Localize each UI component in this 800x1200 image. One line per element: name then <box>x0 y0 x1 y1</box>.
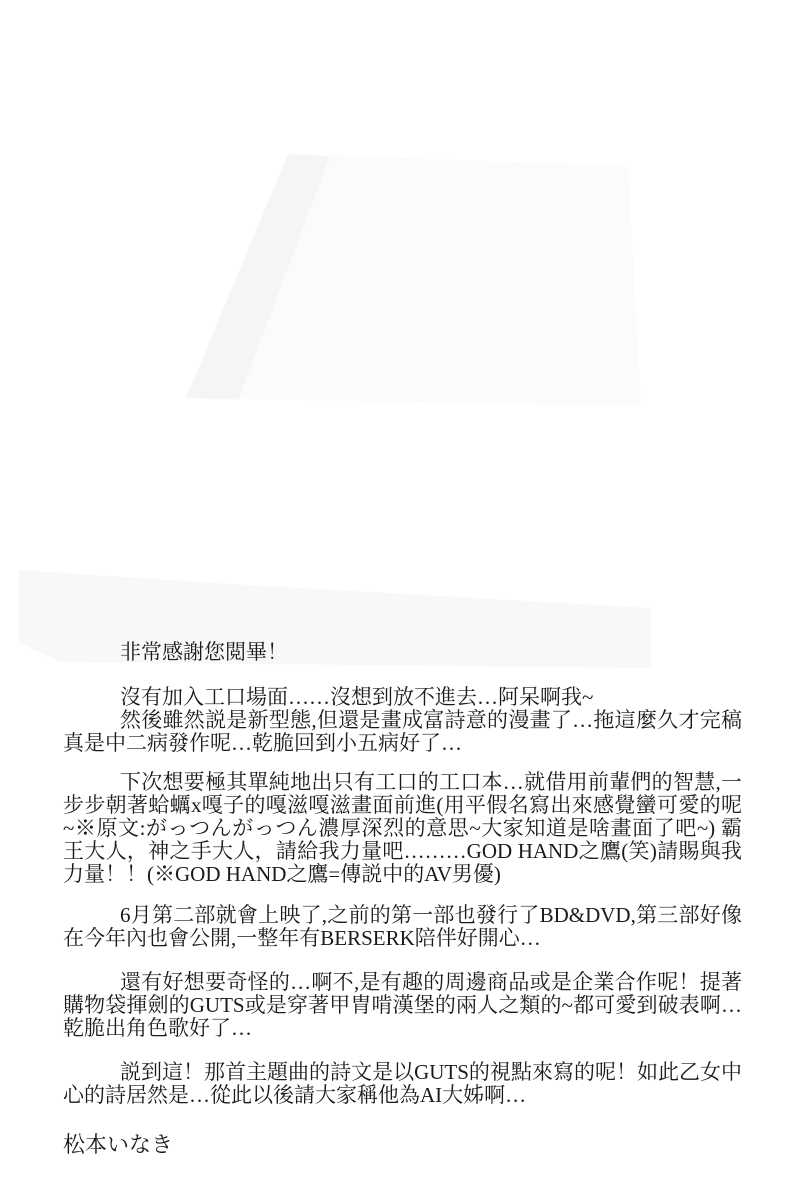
afterword-paragraph-new-style: 然後雖然説是新型態,但還是畫成富詩意的漫畫了…拖這麼久才完稿真是中二病發作呢…乾… <box>63 709 742 755</box>
afterword-paragraph-theme-song: 説到這！那首主題曲的詩文是以GUTS的視點來寫的呢！如此乙女中心的詩居然是…從此… <box>63 1061 742 1107</box>
afterword-paragraph-merch: 還有好想要奇怪的…啊不,是有趣的周邊商品或是企業合作呢！提著購物袋揮劍的GUTS… <box>63 971 742 1040</box>
scan-shadow-upper-edge <box>180 148 645 412</box>
afterword-paragraph-no-ero: 沒有加入工口場面……沒想到放不進去…阿呆啊我~ <box>63 686 742 709</box>
afterword-text: 非常感謝您閲畢！ 沒有加入工口場面……沒想到放不進去…阿呆啊我~ 然後雖然説是新… <box>63 641 742 1157</box>
scan-shadow-upper <box>180 148 645 412</box>
afterword-paragraph-movie-news: 6月第二部就會上映了,之前的第一部也發行了BD&DVD,第三部好像在今年內也會公… <box>63 904 742 950</box>
author-signature: 松本いなき <box>63 1133 742 1157</box>
scanned-afterword-page: 非常感謝您閲畢！ 沒有加入工口場面……沒想到放不進去…阿呆啊我~ 然後雖然説是新… <box>0 0 800 1200</box>
afterword-paragraph-thanks: 非常感謝您閲畢！ <box>63 641 742 664</box>
afterword-paragraph-next-book: 下次想要極其單純地出只有工口的工口本…就借用前輩們的智慧,一步步朝著蛤蠣x嘎子的… <box>63 771 742 886</box>
